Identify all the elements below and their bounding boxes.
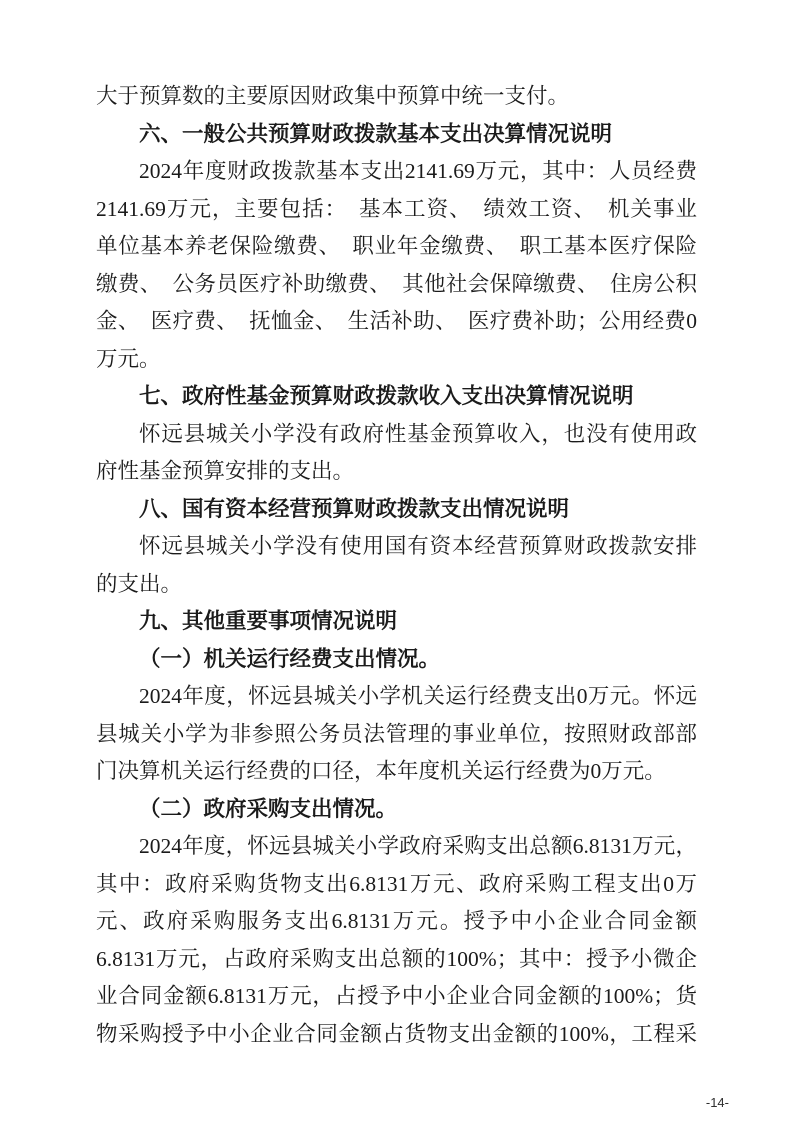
heading-section-9: 九、其他重要事项情况说明 [96,603,697,641]
text-line: 2024年度，怀远县城关小学政府采购支出总额6.8131万元， [96,828,697,866]
heading-subsection-2: （二）政府采购支出情况。 [96,791,697,829]
text-line: 其中：政府采购货物支出6.8131万元、政府采购工程支出0万 [96,866,697,904]
text-line: 2024年度，怀远县城关小学机关运行经费支出0万元。怀远 [96,678,697,716]
heading-subsection-1: （一）机关运行经费支出情况。 [96,641,697,679]
text-line: 门决算机关运行经费的口径，本年度机关运行经费为0万元。 [96,753,697,791]
heading-section-8: 八、国有资本经营预算财政拨款支出情况说明 [96,491,697,529]
text-line: 缴费、 公务员医疗补助缴费、 其他社会保障缴费、 住房公积 [96,266,697,304]
document-page: 大于预算数的主要原因财政集中预算中统一支付。 六、一般公共预算财政拨款基本支出决… [0,0,793,1122]
text-line: 物采购授予中小企业合同金额占货物支出金额的100%，工程采 [96,1016,697,1054]
text-line: 县城关小学为非参照公务员法管理的事业单位，按照财政部部 [96,716,697,754]
text-line: 金、 医疗费、 抚恤金、 生活补助、 医疗费补助；公用经费0 [96,303,697,341]
heading-section-7: 七、政府性基金预算财政拨款收入支出决算情况说明 [96,378,697,416]
text-line: 单位基本养老保险缴费、 职业年金缴费、 职工基本医疗保险 [96,228,697,266]
text-line: 业合同金额6.8131万元，占授予中小企业合同金额的100%；货 [96,978,697,1016]
text-line: 元、政府采购服务支出6.8131万元。授予中小企业合同金额 [96,903,697,941]
text-line: 2141.69万元，主要包括： 基本工资、 绩效工资、 机关事业 [96,191,697,229]
text-line: 怀远县城关小学没有政府性基金预算收入，也没有使用政 [96,416,697,454]
text-line: 怀远县城关小学没有使用国有资本经营预算财政拨款安排 [96,528,697,566]
text-line: 的支出。 [96,566,697,604]
text-line: 2024年度财政拨款基本支出2141.69万元，其中：人员经费 [96,153,697,191]
page-number: -14- [706,1096,729,1109]
text-line: 大于预算数的主要原因财政集中预算中统一支付。 [96,78,697,116]
text-line: 府性基金预算安排的支出。 [96,453,697,491]
document-body: 大于预算数的主要原因财政集中预算中统一支付。 六、一般公共预算财政拨款基本支出决… [96,78,697,1053]
text-line: 万元。 [96,341,697,379]
text-line: 6.8131万元，占政府采购支出总额的100%；其中：授予小微企 [96,941,697,979]
heading-section-6: 六、一般公共预算财政拨款基本支出决算情况说明 [96,116,697,154]
